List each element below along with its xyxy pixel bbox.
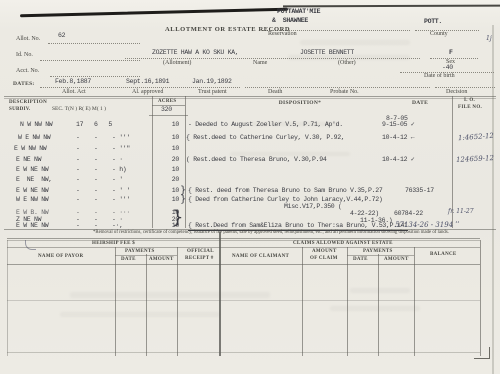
- scanned-document-page: POTTAWAT'MIE & SHAWNEE Reservation POTT.…: [0, 0, 500, 374]
- table-corner-bracket: [474, 347, 490, 359]
- sec-cell: - - - ʹʹʹ: [76, 135, 130, 142]
- death-label: Death: [268, 89, 282, 95]
- scan-edge-line: [20, 8, 288, 18]
- subdiv-cell: E W NE NW: [16, 188, 48, 195]
- probate-label: Probate No.: [330, 89, 359, 95]
- claims-col-line: [115, 247, 116, 356]
- allot-no-line: [48, 42, 140, 44]
- margin-note: 1j: [486, 36, 492, 42]
- file-no-handwritten: 1:4652-12: [458, 133, 494, 142]
- acres-group-brace: }: [172, 209, 183, 227]
- table-row: N W NW NW 17 6 5 10 - Deeded to August Z…: [0, 122, 500, 131]
- scan-edge-line-thin: [283, 5, 500, 7]
- claims-band-line: [7, 247, 480, 248]
- file-header-line2: FILE NO.: [458, 105, 482, 110]
- acres-cell: 10: [155, 122, 179, 129]
- acres-brace: }: [180, 195, 186, 205]
- acct-no-line: [50, 75, 140, 77]
- reservation-value-line1: POTTAWAT'MIE: [277, 9, 320, 16]
- acres-cell: 10: [155, 135, 179, 142]
- sec-cell: 17 6 5: [76, 122, 112, 129]
- subdiv-cell: E NE NW: [16, 157, 41, 164]
- claims-col-line: [347, 247, 348, 356]
- date-cell: 10-4-12 ←: [382, 135, 414, 142]
- name-line: [125, 57, 420, 59]
- claims-top-line2: [7, 240, 480, 241]
- trust-label: Trust patent: [198, 89, 227, 95]
- reservation-value-line2: & SHAWNEE: [272, 18, 308, 25]
- claims-col-line: [146, 254, 147, 356]
- sex-value: F: [449, 50, 453, 57]
- subdiv-cell: E W NW NW: [14, 146, 46, 153]
- page-title: ALLOTMENT OR ESTATE RECORD: [165, 27, 290, 34]
- trust-value: Jan.19,1892: [192, 79, 232, 86]
- approved-label: Al. approved: [132, 89, 163, 95]
- bleed-through-smudge: [330, 306, 420, 311]
- subdiv-cell: E W NE NW: [16, 167, 48, 174]
- birth-label: Date of birth: [424, 73, 455, 79]
- disposition-label: DISPOSITION*: [230, 101, 370, 107]
- acres-cell: 20: [155, 177, 179, 184]
- sec-cell: - - - ʹ: [76, 177, 123, 184]
- table-row: W E NW NW - - - ʹʹʹ 10 } { Deed from Cat…: [0, 197, 500, 206]
- claims-col-line: [302, 247, 303, 356]
- claims-col-line: [414, 247, 415, 356]
- sec-cell: - - - ·: [76, 157, 123, 164]
- table-row: E NE NW, - - - ʹ 20: [0, 177, 500, 186]
- receipt-label-line2: RECEIPT #: [185, 256, 214, 261]
- date-cell: 10-4-12 ✓: [382, 157, 414, 164]
- dates-label: DATES:: [13, 82, 35, 88]
- claims-bottom-line: [7, 352, 480, 353]
- description-label: DESCRIPTION: [9, 100, 47, 105]
- table-row: W E NW NW - - - ʹʹʹ 10 { Rest.deed to Ca…: [0, 135, 500, 144]
- subdiv-cell: E NE NW,: [16, 177, 52, 184]
- county-value: POTT.: [424, 19, 442, 26]
- acres-cell: 10: [155, 197, 179, 204]
- date-cell: 9-15-05 ✓: [382, 122, 414, 129]
- disposition-cell: { Rest. deed from Theresa Bruno to Sam B…: [188, 188, 382, 195]
- claims-col-line: [378, 254, 379, 356]
- bleed-through-smudge: [300, 40, 410, 45]
- acres-cell: 10: [155, 167, 179, 174]
- claims-body-line: [7, 300, 480, 301]
- sec-cell: - - - ʹ ʹ: [76, 188, 130, 195]
- subdiv-cell: W E NW NW: [16, 197, 48, 204]
- sec-cell: - - - ʹʹʹ: [76, 197, 130, 204]
- claims-col-line: [480, 240, 481, 356]
- file-no-handwritten: 124659-12: [456, 155, 494, 164]
- table-row: E NE NW - - - · 20 ( Rest.deed to Theres…: [0, 157, 500, 166]
- land-table-top-line: [4, 96, 496, 97]
- claims-header-bottom-line: [7, 264, 480, 265]
- dates-line-2: [245, 86, 430, 88]
- subdiv-cell: N W NW NW: [20, 122, 52, 129]
- subdiv-cell: W E NW NW: [18, 135, 50, 142]
- amount-claim-line2: OF CLAIM: [310, 256, 338, 261]
- allot-no-value: 62: [58, 33, 65, 40]
- approved-value: Sept.16,1891: [126, 79, 169, 86]
- claimant-label: NAME OF CLAIMANT: [232, 254, 289, 259]
- bleed-through-smudge: [60, 312, 220, 317]
- acres-cell: 20: [155, 157, 179, 164]
- bleed-through-smudge: [350, 288, 410, 293]
- name-label: Name: [253, 60, 267, 66]
- claims-header: CLAIMS ALLOWED AGAINST ESTATE: [293, 241, 393, 246]
- payments-date-label: DATE: [121, 257, 136, 262]
- file-header-line1: I. O.: [464, 98, 475, 103]
- allot-no-label: Allot. No.: [16, 36, 40, 42]
- balance-label: BALANCE: [430, 252, 457, 257]
- receipt-label-line1: OFFICIAL: [187, 249, 214, 254]
- acres-box-bottom: [149, 115, 188, 116]
- heirship-header: HEIRSHIP FEE $: [92, 241, 135, 246]
- decision-label: Decision: [446, 89, 467, 95]
- acres-cell: 10: [155, 146, 179, 153]
- acct-no-label: Acct. No.: [16, 68, 39, 74]
- allot-act-value: Feb.8,1887: [55, 79, 91, 86]
- sec-cell: - - - ʹʹʺ: [76, 146, 130, 153]
- other-label: (Other): [338, 60, 356, 66]
- payments2-date-label: DATE: [353, 257, 368, 262]
- sec-header-label: SEC. T(N ) R( E) M( 1 ): [52, 107, 106, 113]
- land-table-top-line2: [4, 98, 496, 99]
- sec-cell: - - - h): [76, 167, 126, 174]
- disposition-cell: ( Rest.deed to Theresa Bruno, V.30,P.94: [186, 157, 326, 164]
- date-header-label: DATE: [412, 101, 428, 107]
- claims-center-divider: [219, 232, 221, 356]
- payor-label: NAME OF PAYOR: [38, 254, 83, 259]
- hand-note: 57134-26 - 3194 ʹʹ: [395, 222, 459, 229]
- id-no-line: [40, 59, 140, 61]
- id-no-label: Id. No.: [16, 52, 33, 58]
- table-row: E W NE NW - - - h) 10: [0, 167, 500, 176]
- county-label: County: [430, 31, 448, 37]
- claims-col-line: [7, 240, 8, 356]
- disposition-cell: { Rest.deed to Catherine Curley, V.30, P…: [186, 135, 344, 142]
- other-name-value: JOSETTE BENNETT: [300, 50, 354, 57]
- acres-label: ACRES: [158, 99, 176, 104]
- amount-claim-line1: AMOUNT: [312, 249, 337, 254]
- acres-total: 320: [161, 107, 172, 114]
- date-cell: 76335-17: [405, 188, 434, 195]
- payments2-amount-label: AMOUNT: [384, 257, 409, 262]
- payments-label: PAYMENTS: [125, 249, 155, 254]
- footnote: *Removal of restrictions, certificate of…: [93, 231, 493, 236]
- allotment-label: (Allotment): [163, 60, 191, 66]
- disposition-cell: - Deeded to August Zoeller V.5, P.71, Ap…: [188, 122, 343, 129]
- stray-pen-mark: [25, 240, 36, 250]
- dates-line-1: [40, 86, 240, 88]
- table-row: E W NW NW - - - ʹʹʺ 10: [0, 146, 500, 155]
- bleed-through-smudge: [70, 292, 270, 298]
- acres-cell: 10: [155, 188, 179, 195]
- claims-top-line: [7, 238, 480, 239]
- payments-amount-label: AMOUNT: [149, 257, 174, 262]
- subdiv-label: SUBDIV.: [9, 107, 31, 112]
- allot-act-label: Allot. Act: [62, 89, 86, 95]
- claims-col-line: [177, 247, 178, 356]
- dates-line-3: [435, 86, 495, 88]
- payments2-subline: [347, 255, 414, 256]
- allotment-name-value: ZOZETTE HAW A KO SKU KA,: [152, 50, 238, 57]
